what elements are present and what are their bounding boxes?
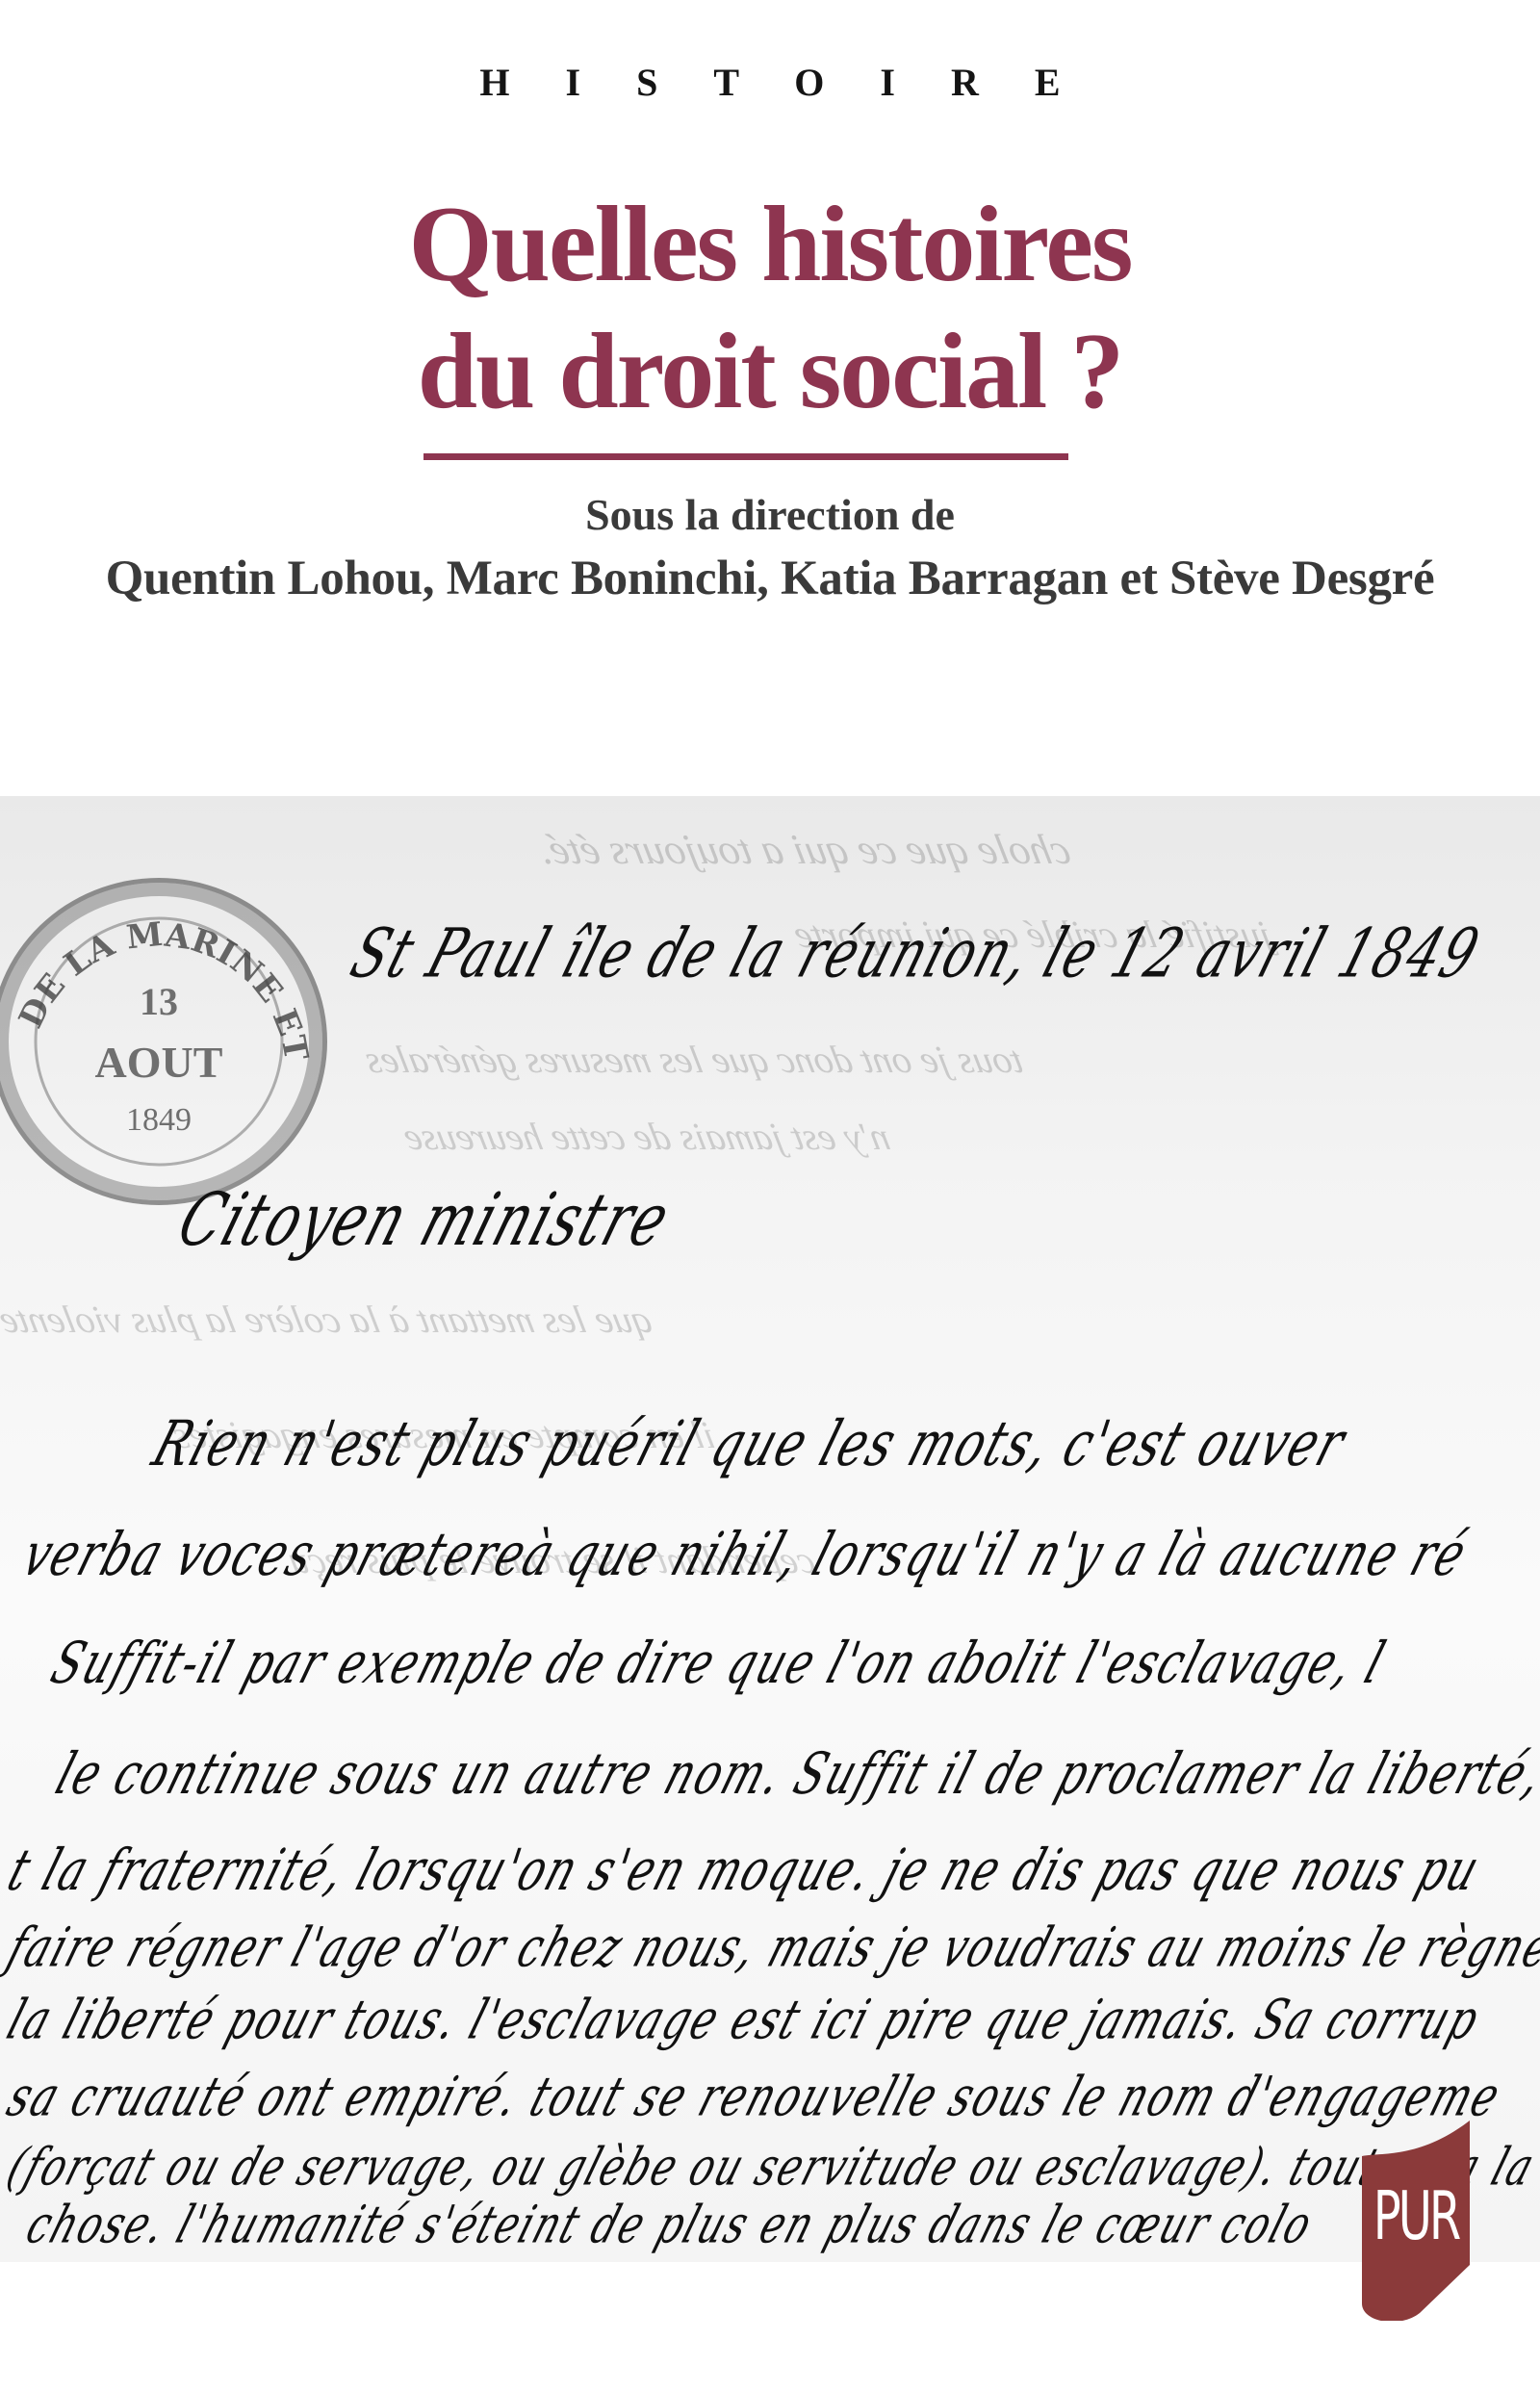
letter-line: chose. l'humanité s'éteint de plus en pl…: [19, 2196, 1321, 2255]
letter-line: le continue sous un autre nom. Suffit il…: [48, 1741, 1540, 1808]
reverse-text-3: tous je ont donc que les mesures général…: [361, 1037, 1027, 1082]
postal-stamp: DE LA MARINE ET DES 13 AOUT 1849: [0, 878, 327, 1205]
series-label: HISTOIRE: [0, 60, 1540, 105]
stamp-day: 13: [0, 979, 322, 1024]
letter-line: la liberté pour tous. l'esclavage est ic…: [0, 1988, 1488, 2051]
letter-line: verba voces prætereà que nihil, lorsqu'i…: [14, 1519, 1476, 1589]
letter-line: Suffit-il par exemple de dire que l'on a…: [43, 1631, 1394, 1697]
letter-line-dateline: St Paul île de la réunion, le 12 avril 1…: [342, 915, 1489, 993]
publisher-logo-text: PUR: [1363, 2177, 1469, 2255]
letter-line-salutation: Citoyen ministre: [168, 1178, 680, 1263]
reverse-text-4: n'y est jamais de cette heureuse: [399, 1114, 894, 1159]
stamp-month: AOUT: [0, 1037, 322, 1088]
letter-line: sa cruauté ont empiré. tout se renouvell…: [0, 2065, 1509, 2128]
reverse-text-5: que les mettant à la colère la plus viol…: [0, 1297, 655, 1342]
stamp-year: 1849: [0, 1102, 322, 1139]
manuscript-photo: chole que ce qui a toujours été. justifi…: [0, 796, 1540, 2262]
editors-names: Quentin Lohou, Marc Boninchi, Katia Barr…: [0, 551, 1540, 606]
letter-line: faire régner l'age d'or chez nous, mais …: [0, 1915, 1540, 1979]
editors-label: Sous la direction de: [0, 489, 1540, 540]
reverse-text: chole que ce qui a toujours été.: [534, 825, 1075, 874]
title-divider: [423, 453, 1068, 460]
letter-line: t la fraternité, lorsqu'on s'en moque. j…: [0, 1838, 1489, 1904]
letter-line: (forçat ou de servage, ou glèbe ou servi…: [0, 2138, 1540, 2198]
letter-line: Rien n'est plus puéril que les mots, c'e…: [144, 1407, 1355, 1480]
book-title-line-1: Quelles histoires: [0, 191, 1540, 298]
book-title-line-2: du droit social ?: [0, 318, 1540, 425]
